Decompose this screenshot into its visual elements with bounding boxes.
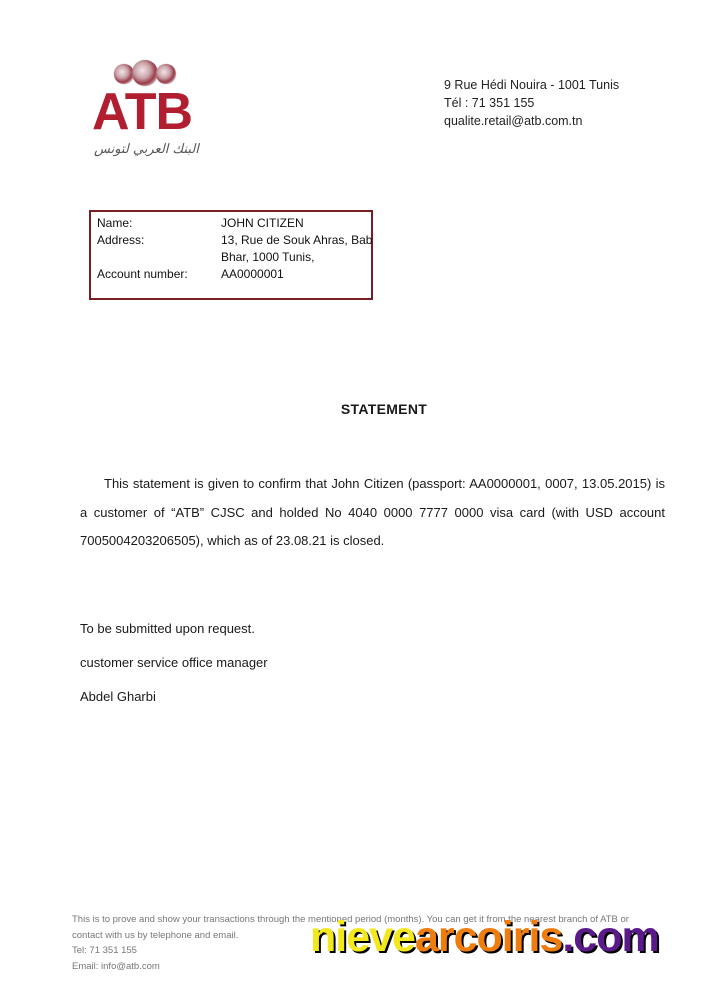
bank-phone: Tél : 71 351 155 [444,94,619,112]
emblem-right-icon [156,64,176,84]
emblem-left-icon [114,64,134,84]
atb-logo: ATB البنك العربي لتونس [88,58,208,168]
watermark-part-3: .com [562,913,658,961]
watermark: nievearcoiris.com [310,912,659,962]
submitted-note: To be submitted upon request. [80,621,255,636]
bank-address: 9 Rue Hédi Nouira - 1001 Tunis [444,76,619,94]
statement-title: STATEMENT [0,401,720,417]
bank-contact-block: 9 Rue Hédi Nouira - 1001 Tunis Tél : 71 … [444,76,619,130]
logo-wordmark: ATB [92,86,192,138]
address-value-line2: Bhar, 1000 Tunis, [221,249,371,266]
client-info-box: Name: JOHN CITIZEN Address: 13, Rue de S… [89,210,373,300]
address-label: Address: [97,232,144,249]
name-value: JOHN CITIZEN [221,215,371,232]
signer-title: customer service office manager [80,655,268,670]
name-label: Name: [97,215,132,232]
account-label: Account number: [97,266,188,283]
watermark-part-2: arcoiris [415,913,562,961]
address-value-line1: 13, Rue de Souk Ahras, Bab [221,232,371,249]
statement-body: This statement is given to confirm that … [80,470,665,556]
bank-email: qualite.retail@atb.com.tn [444,112,619,130]
statement-body-text: This statement is given to confirm that … [80,476,665,548]
watermark-part-1: nieve [310,913,415,961]
signer-name: Abdel Gharbi [80,689,156,704]
account-value: AA0000001 [221,266,371,283]
logo-arabic-name: البنك العربي لتونس [94,142,199,157]
